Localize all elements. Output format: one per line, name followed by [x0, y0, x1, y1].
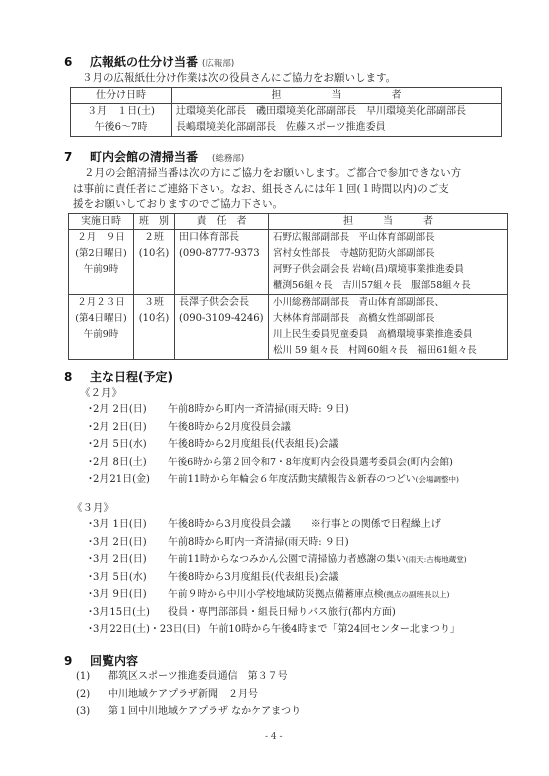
members-line: 長嶋環境美化部副部長 佐藤スポーツ推進委員: [176, 120, 497, 136]
item-number: (1): [76, 668, 108, 686]
circulation-list: (1)都筑区スポーツ推進委員通信 第３７号 (2)中川地域ケアプラザ新聞 ２月号…: [76, 668, 301, 721]
item-text: 午前11時からなつみかん公園で清掃協力者感謝の集い: [168, 554, 406, 565]
item-note: (会場調整中): [416, 475, 459, 484]
members-line: 櫃渕56組々長 吉川57組々長 服部58組々長: [273, 278, 503, 294]
item-text: 午後8時から3月度組長(代表組長)会議: [168, 572, 339, 583]
header-group: 班 別: [134, 214, 175, 230]
members-line: 石野広報部副部長 平山体育部副部長: [273, 230, 503, 246]
schedule-item: ･3月 1日(日)午後8時から3月度役員会議 ※行事との関係で日程繰上げ: [88, 516, 467, 534]
section-number: 8: [64, 370, 90, 384]
members-line: 宮村女性部長 寺越防犯防火部副部長: [273, 246, 503, 262]
date-line: ３月 １日(土): [75, 104, 167, 120]
date-line: ２月２３日: [73, 295, 129, 311]
group-line: ２班: [138, 230, 170, 246]
schedule-item: ･2月 2日(日)午後8時から2月度役員会議: [88, 419, 459, 437]
time-line: 午前9時: [73, 327, 129, 343]
header-members: 担 当 者: [172, 88, 502, 104]
item-date: ･3月 2日(日): [88, 551, 168, 569]
item-text: 午前8時から町内一斉清掃(雨天時: ９日): [168, 404, 349, 415]
list-item: (2)中川地域ケアプラザ新聞 ２月号: [76, 686, 301, 704]
cleaning-group: ３班 (10名): [134, 295, 175, 360]
cleaning-date: ２月２３日 (第4日曜日) 午前9時: [69, 295, 134, 360]
item-text: 午前10時から午後4時まで「第24回センター北まつり」: [208, 624, 459, 635]
item-note: (雨天:古梅地蔵堂): [406, 555, 467, 564]
cleaning-duty-table: 実施日時 班 別 責 任 者 担 当 者 ２月 ９日 (第2日曜日) 午前9時 …: [68, 213, 508, 360]
item-note: (拠点の副班長以上): [384, 590, 450, 599]
section-7-heading: 7町内会館の清掃当番(総務部): [64, 148, 244, 165]
schedule-item: ･3月22日(土)・23日(日)午前10時から午後4時まで「第24回センター北ま…: [88, 621, 467, 639]
schedule-item: ･3月15日(土)役員・専門部部員・組長日帰りバス旅行(都内方面): [88, 604, 467, 622]
count-line: (10名): [138, 311, 170, 327]
section-dept: (総務部): [212, 154, 244, 164]
item-number: (3): [76, 703, 108, 721]
schedule-item: ･2月 5日(水)午後8時から2月度組長(代表組長)会議: [88, 436, 459, 454]
members-line: 川上民生委員児童委員 高橋環境事業推進委員: [273, 327, 503, 343]
section-number: 6: [64, 55, 90, 69]
section-7-intro-1: ２月の会館清掃当番は次の方にご協力をお願いします。ご都合で参加できない方: [84, 165, 461, 181]
header-members: 担 当 者: [269, 214, 508, 230]
cleaning-leader: 長澤子供会会長 (090-3109-4246): [175, 295, 269, 360]
item-number: (2): [76, 686, 108, 704]
cleaning-date: ２月 ９日 (第2日曜日) 午前9時: [69, 230, 134, 295]
section-number: 7: [64, 150, 90, 164]
section-title: 回覧内容: [90, 654, 138, 668]
time-line: 午後6～7時: [75, 120, 167, 136]
item-text: 午前９時から中川小学校地域防災拠点備蓄庫点検: [168, 589, 384, 600]
duty-members: 辻環境美化部長 磯田環境美化部副部長 早川環境美化部副部長 長嶋環境美化部副部長…: [172, 104, 502, 137]
item-text: 都筑区スポーツ推進委員通信 第３７号: [108, 671, 288, 682]
weekday-line: (第4日曜日): [73, 311, 129, 327]
table-row: ２月２３日 (第4日曜日) 午前9時 ３班 (10名) 長澤子供会会長 (090…: [69, 295, 508, 360]
section-title: 広報紙の仕分け当番: [90, 55, 198, 69]
count-line: (10名): [138, 246, 170, 262]
item-date: ･3月 5日(水): [88, 569, 168, 587]
item-date: ･3月15日(土): [88, 604, 168, 622]
cleaning-group: ２班 (10名): [134, 230, 175, 295]
schedule-item: ･2月 2日(日)午前8時から町内一斉清掃(雨天時: ９日): [88, 401, 459, 419]
item-text: 午前8時から町内一斉清掃(雨天時: ９日): [168, 537, 349, 548]
item-date: ･2月 8日(土): [88, 454, 168, 472]
table-header-row: 仕分け日時 担 当 者: [71, 88, 502, 104]
schedule-item: ･2月21日(金)午前11時から年輪会６年度活動実績報告＆新春のつどい(会場調整…: [88, 471, 459, 489]
item-text: 第１回中川地域ケアプラザ なかケアまつり: [108, 706, 301, 717]
item-date: ･3月 2日(日): [88, 534, 168, 552]
schedule-item: ･3月 2日(日)午前8時から町内一斉清掃(雨天時: ９日): [88, 534, 467, 552]
cleaning-leader: 田口体育部長 (090-8777-9373: [175, 230, 269, 295]
section-7-intro-3: 援をお願いしておりますのでご協力下さい。: [73, 196, 283, 212]
february-label: 《２月》: [80, 385, 122, 400]
list-item: (1)都筑区スポーツ推進委員通信 第３７号: [76, 668, 301, 686]
item-text: 午後8時から2月度組長(代表組長)会議: [168, 439, 339, 450]
members-line: 河野子供会副会長 岩﨑(昌)環境事業推進委員: [273, 262, 503, 278]
leader-phone: (090-3109-4246): [179, 311, 264, 327]
section-dept: (広報部): [202, 59, 234, 69]
section-title: 町内会館の清掃当番: [90, 150, 198, 164]
table-row: ３月 １日(土) 午後6～7時 辻環境美化部長 磯田環境美化部副部長 早川環境美…: [71, 104, 502, 137]
schedule-item: ･3月 9日(日)午前９時から中川小学校地域防災拠点備蓄庫点検(拠点の副班長以上…: [88, 586, 467, 604]
section-number: 9: [64, 654, 90, 668]
item-text: 役員・専門部部員・組長日帰りバス旅行(都内方面): [168, 607, 396, 618]
march-schedule: ･3月 1日(日)午後8時から3月度役員会議 ※行事との関係で日程繰上げ ･3月…: [88, 516, 467, 639]
march-label: 《３月》: [72, 500, 114, 515]
date-line: ２月 ９日: [73, 230, 129, 246]
february-schedule: ･2月 2日(日)午前8時から町内一斉清掃(雨天時: ９日) ･2月 2日(日)…: [88, 401, 459, 489]
item-date: ･2月 2日(日): [88, 419, 168, 437]
item-text: 午後6時から第２回令和7・8年度町内会役員選考委員会(町内会館): [168, 457, 453, 468]
section-6-heading: 6広報紙の仕分け当番(広報部): [64, 53, 234, 70]
header-date: 仕分け日時: [71, 88, 172, 104]
table-header-row: 実施日時 班 別 責 任 者 担 当 者: [69, 214, 508, 230]
section-6-intro: ３月の広報紙仕分け作業は次の役員さんにご協力をお願いします。: [82, 70, 396, 86]
item-date: ･2月21日(金): [88, 471, 168, 489]
header-leader: 責 任 者: [175, 214, 269, 230]
leader-name: 長澤子供会会長: [179, 295, 264, 311]
leader-name: 田口体育部長: [179, 230, 264, 246]
section-8-heading: 8主な日程(予定): [64, 368, 173, 385]
item-date: ･2月 5日(水): [88, 436, 168, 454]
item-text: 午後8時から2月度役員会議: [168, 422, 291, 433]
time-line: 午前9時: [73, 262, 129, 278]
section-7-intro-2: は事前に責任者にご連絡下さい。なお、組長さんには年１回(１時間以内)のご支: [73, 181, 449, 197]
item-date: ･3月22日(土)・23日(日): [88, 624, 200, 635]
table-row: ２月 ９日 (第2日曜日) 午前9時 ２班 (10名) 田口体育部長 (090-…: [69, 230, 508, 295]
section-title: 主な日程(予定): [90, 370, 173, 384]
list-item: (3)第１回中川地域ケアプラザ なかケアまつり: [76, 703, 301, 721]
members-line: 松川 59 組々長 村岡60組々長 福田61組々長: [273, 343, 503, 359]
item-text: 中川地域ケアプラザ新聞 ２月号: [108, 689, 258, 700]
item-date: ･3月 1日(日): [88, 516, 168, 534]
group-line: ３班: [138, 295, 170, 311]
item-text: 午後8時から3月度役員会議 ※行事との関係で日程繰上げ: [168, 519, 441, 530]
duty-date: ３月 １日(土) 午後6～7時: [71, 104, 172, 137]
header-date: 実施日時: [69, 214, 134, 230]
members-line: 大林体育部副部長 高橋女性部副部長: [273, 311, 503, 327]
members-line: 辻環境美化部長 磯田環境美化部副部長 早川環境美化部副部長: [176, 104, 497, 120]
item-text: 午前11時から年輪会６年度活動実績報告＆新春のつどい: [168, 474, 416, 485]
cleaning-members: 石野広報部副部長 平山体育部副部長 宮村女性部長 寺越防犯防火部副部長 河野子供…: [269, 230, 508, 295]
section-9-heading: 9回覧内容: [64, 652, 138, 669]
item-date: ･3月 9日(日): [88, 586, 168, 604]
cleaning-members: 小川総務部副部長 青山体育部副部長、 大林体育部副部長 高橋女性部副部長 川上民…: [269, 295, 508, 360]
item-date: ･2月 2日(日): [88, 401, 168, 419]
schedule-item: ･3月 2日(日)午前11時からなつみかん公園で清掃協力者感謝の集い(雨天:古梅…: [88, 551, 467, 569]
members-line: 小川総務部副部長 青山体育部副部長、: [273, 295, 503, 311]
sorting-duty-table: 仕分け日時 担 当 者 ３月 １日(土) 午後6～7時 辻環境美化部長 磯田環境…: [70, 87, 502, 137]
weekday-line: (第2日曜日): [73, 246, 129, 262]
leader-phone: (090-8777-9373: [179, 246, 264, 262]
schedule-item: ･2月 8日(土)午後6時から第２回令和7・8年度町内会役員選考委員会(町内会館…: [88, 454, 459, 472]
schedule-item: ･3月 5日(水)午後8時から3月度組長(代表組長)会議: [88, 569, 467, 587]
page-number: - 4 -: [265, 732, 283, 742]
